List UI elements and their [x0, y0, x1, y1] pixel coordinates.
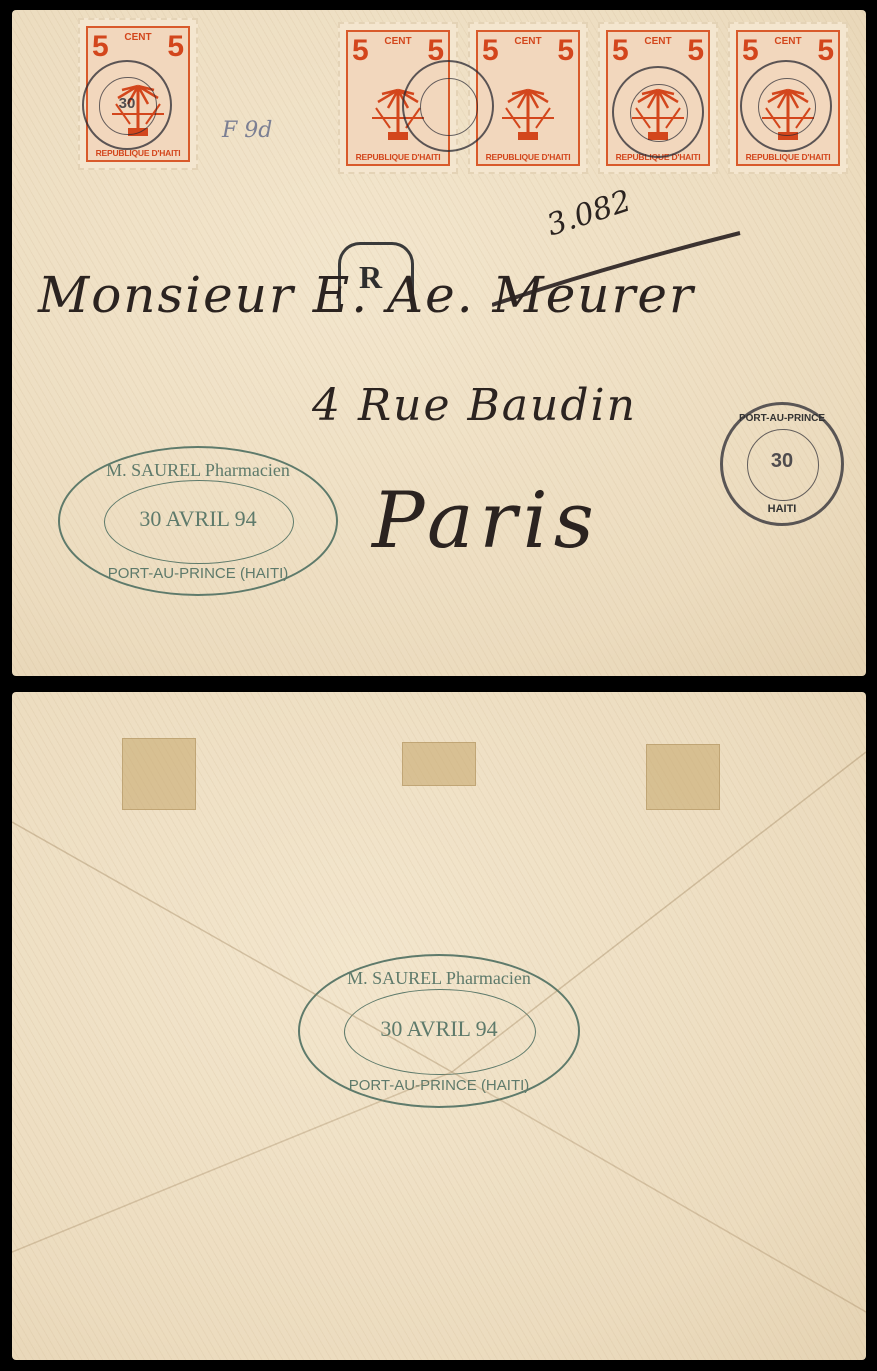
stamp-cancel-postmark	[740, 60, 832, 152]
cachet-city: PORT-AU-PRINCE (HAITI)	[60, 565, 336, 582]
postmark-country: HAITI	[723, 503, 841, 515]
envelope-back: M. SAUREL Pharmacien 30 AVRIL 94 PORT-AU…	[12, 692, 866, 1360]
cachet-date: 30 AVRIL 94	[300, 1016, 578, 1042]
hinge-tape	[402, 742, 476, 786]
stamp-value: 5	[557, 34, 574, 68]
pencil-note: F 9d	[222, 118, 272, 143]
stamp-inscription: REPUBLIQUE D'HAITI	[478, 152, 578, 162]
stamp-cancel-postmark	[402, 60, 494, 152]
postmark-date: 30	[723, 450, 841, 473]
address-line-recipient: Monsieur E. Ae. Meurer	[38, 266, 695, 324]
stamp-value: 5	[687, 34, 704, 68]
cachet-name: M. SAUREL Pharmacien	[300, 968, 578, 989]
sender-cachet: M. SAUREL Pharmacien 30 AVRIL 94 PORT-AU…	[58, 446, 338, 596]
stamp-inscription: REPUBLIQUE D'HAITI	[348, 152, 448, 162]
address-line-street: 4 Rue Baudin	[312, 380, 637, 431]
stamp-value: 5	[167, 30, 184, 64]
stamp-cancel-postmark: 30	[82, 60, 172, 150]
cachet-name: M. SAUREL Pharmacien	[60, 460, 336, 481]
hinge-tape	[646, 744, 720, 810]
stamp-inscription: REPUBLIQUE D'HAITI	[88, 148, 188, 158]
stamp-value: 5	[817, 34, 834, 68]
sender-cachet-back: M. SAUREL Pharmacien 30 AVRIL 94 PORT-AU…	[298, 954, 580, 1108]
postmark-town: PORT-AU-PRINCE	[723, 413, 841, 424]
envelope-front: 5 CENT 5 REPUBLIQUE D'HAITI 5 CENT 5 R	[12, 10, 866, 676]
stamp-cancel-postmark	[612, 66, 704, 158]
cancel-date: 30	[84, 95, 170, 112]
cachet-date: 30 AVRIL 94	[60, 506, 336, 532]
stamp-inscription: REPUBLIQUE D'HAITI	[738, 152, 838, 162]
port-au-prince-datestamp: PORT-AU-PRINCE 30 HAITI	[720, 402, 844, 526]
cachet-city: PORT-AU-PRINCE (HAITI)	[300, 1077, 578, 1094]
palm-tree-emblem-icon	[498, 72, 558, 142]
hinge-tape	[122, 738, 196, 810]
address-line-city: Paris	[372, 476, 600, 566]
